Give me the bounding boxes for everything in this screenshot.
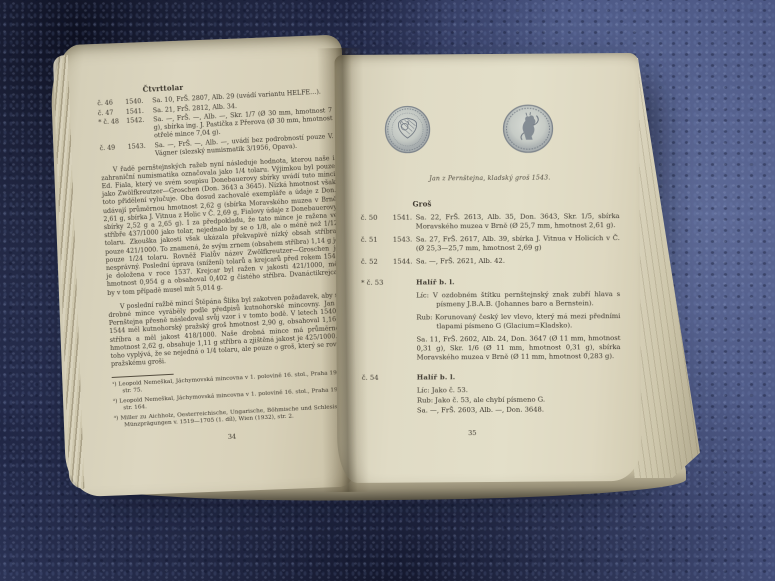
- entry-number: č. 54: [362, 374, 417, 417]
- entry-text: Sa. 22, FrŠ. 2613, Alb. 35, Don. 3643, S…: [416, 212, 620, 231]
- reverse-description: Rub: Korunovaný český lev vlevo, který m…: [416, 312, 620, 331]
- catalog-entry-halir-53: * č. 53 Halíř b. l. Líc: V ozdobném štít…: [361, 277, 621, 363]
- left-page: Čtvrttolar č. 46 1540. Sa. 10, FrŠ. 2807…: [49, 35, 358, 498]
- obverse-description: Líc: Jako č. 53.: [417, 385, 621, 395]
- entry-body: Halíř b. l. Líc: V ozdobném štítku pernš…: [416, 277, 621, 362]
- entry-heading: Halíř b. l.: [417, 372, 621, 382]
- entry-year: 1543.: [127, 142, 155, 159]
- entry-text: Sa. —, FrŠ. 2621, Alb. 42.: [416, 256, 620, 266]
- coin-photo-obverse: [384, 104, 431, 154]
- entry-year: 1541.: [126, 107, 153, 116]
- coin-photo-reverse: [501, 104, 555, 154]
- right-page-fore-edge: [634, 58, 700, 478]
- entry-references: Sa. 11, FrŠ. 2602, Alb. 24, Don. 3647 (Ø…: [416, 334, 620, 362]
- entry-heading: Halíř b. l.: [416, 277, 620, 287]
- right-page-content: Jan z Pernštejna, kladský groš 1543. Gro…: [335, 53, 642, 483]
- entry-year: 1540.: [125, 97, 152, 106]
- entry-year: 1543.: [393, 236, 416, 254]
- catalog-entries-left: č. 46 1540. Sa. 10, FrŠ. 2807, Alb. 29 (…: [97, 88, 334, 161]
- page-number-left: 34: [115, 427, 349, 447]
- catalog-entry: č. 52 1544. Sa. —, FrŠ. 2621, Alb. 42.: [361, 256, 620, 267]
- body-paragraph: V řadě pernštejnských ražeb nyní následu…: [101, 155, 342, 298]
- entry-number: č. 51: [361, 236, 393, 254]
- entry-text: Sa. 27, FrŠ. 2617, Alb. 39, sbírka J. Vi…: [416, 234, 620, 253]
- entry-body: Halíř b. l. Líc: Jako č. 53. Rub: Jako č…: [417, 372, 621, 416]
- entry-year: 1544.: [393, 258, 416, 267]
- right-page: Jan z Pernštejna, kladský groš 1543. Gro…: [335, 53, 642, 483]
- entry-number: č. 49: [100, 143, 129, 160]
- entry-number: č. 46: [97, 99, 125, 108]
- entry-number: č. 50: [361, 214, 393, 232]
- entry-number: * č. 48: [98, 118, 127, 143]
- reverse-description: Rub: Jako č. 53, ale chybí písmeno G.: [417, 395, 621, 405]
- entry-number: * č. 53: [361, 279, 417, 363]
- left-page-content: Čtvrttolar č. 46 1540. Sa. 10, FrŠ. 2807…: [46, 33, 361, 500]
- catalog-entry: č. 51 1543. Sa. 27, FrŠ. 2617, Alb. 39, …: [361, 234, 620, 254]
- entry-number: č. 47: [98, 108, 126, 117]
- figure-caption: Jan z Pernštejna, kladský groš 1543.: [360, 174, 619, 183]
- obverse-description: Líc: V ozdobném štítku pernštejnský znak…: [416, 290, 620, 309]
- body-paragraph: V poslední ražbě mincí Štěpána Šlika byl…: [108, 292, 345, 370]
- section-heading-gros: Groš: [413, 198, 620, 208]
- entry-number: č. 52: [361, 258, 393, 267]
- catalog-entry: č. 50 1541. Sa. 22, FrŠ. 2613, Alb. 35, …: [361, 212, 620, 232]
- catalog-entry-halir-54: č. 54 Halíř b. l. Líc: Jako č. 53. Rub: …: [362, 372, 621, 417]
- coin-photos-row: [360, 103, 619, 155]
- catalog-entries-right: č. 50 1541. Sa. 22, FrŠ. 2613, Alb. 35, …: [361, 212, 620, 267]
- page-number-right: 35: [468, 428, 621, 437]
- entry-references: Sa. —, FrŠ. 2603, Alb. —, Don. 3648.: [417, 405, 621, 415]
- entry-year: 1542.: [126, 116, 154, 141]
- entry-year: 1541.: [393, 214, 416, 232]
- footnote-rule: [112, 374, 174, 378]
